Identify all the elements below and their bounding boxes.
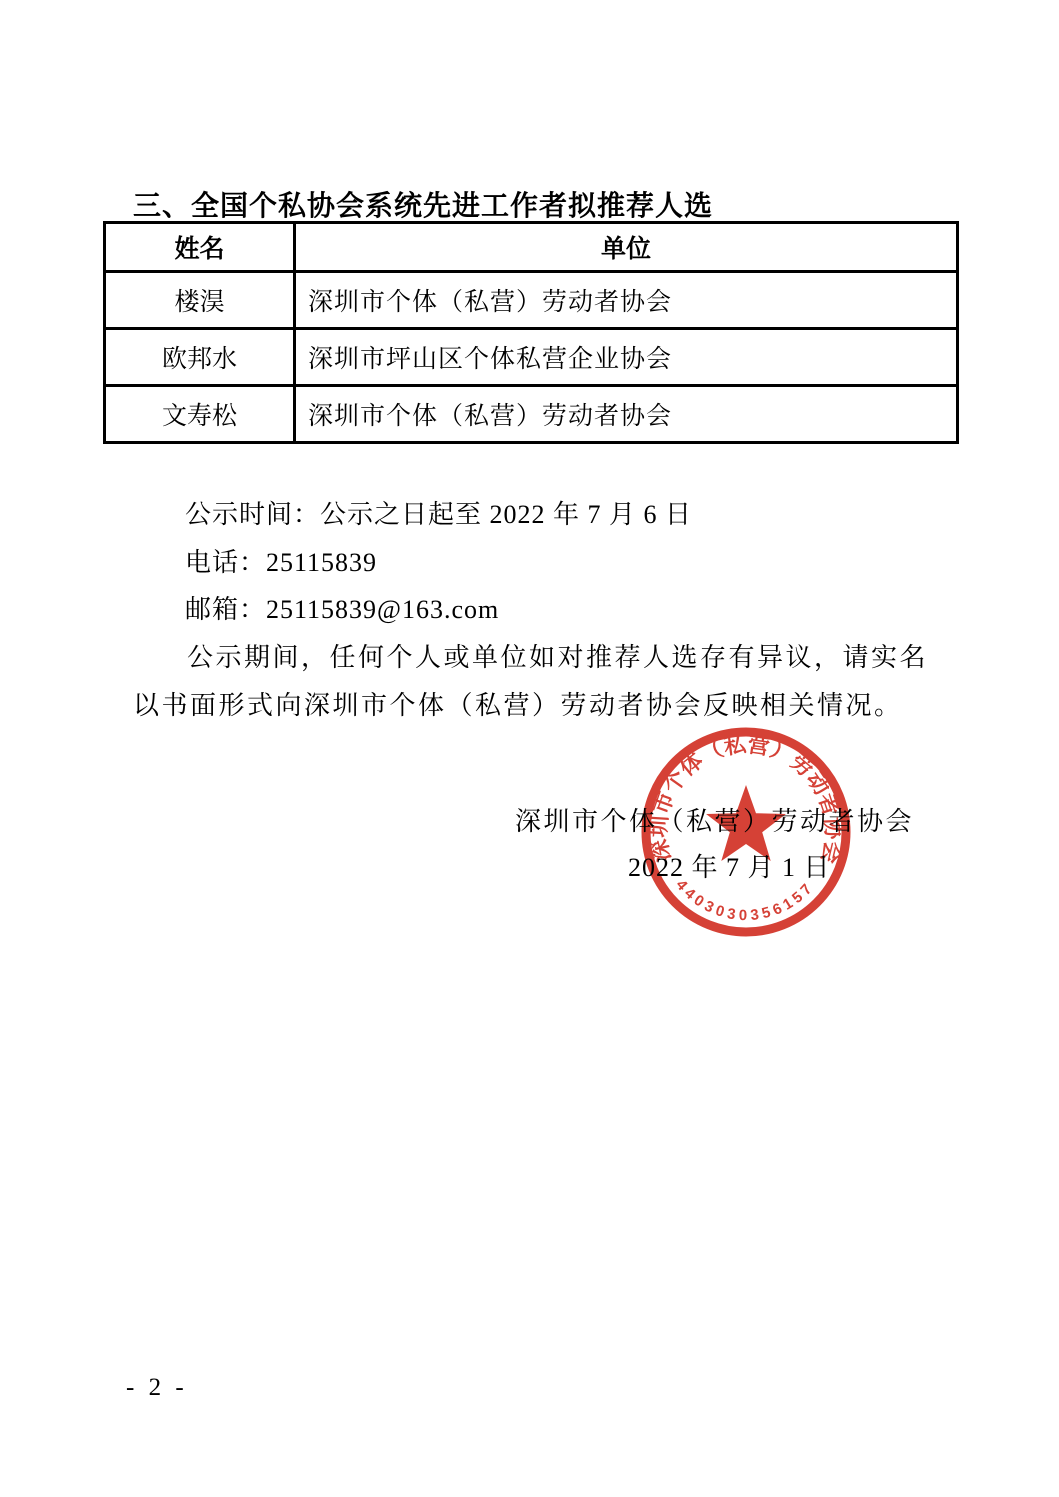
name-cell: 文寿松	[105, 386, 295, 443]
contact-info-block: 公示时间：公示之日起至 2022 年 7 月 6 日 电话：25115839 邮…	[185, 491, 692, 634]
phone-line: 电话：25115839	[185, 539, 692, 587]
name-cell: 欧邦水	[105, 329, 295, 386]
page-number: - 2 -	[126, 1374, 188, 1402]
email-line: 邮箱：25115839@163.com	[185, 586, 692, 634]
notice-paragraph-line-1: 公示期间，任何个人或单位如对推荐人选存有异议，请实名	[133, 634, 928, 682]
official-seal: 深圳市个体（私营）劳动者协会 4403030356157	[634, 720, 858, 944]
publicity-time-line: 公示时间：公示之日起至 2022 年 7 月 6 日	[185, 491, 692, 539]
section-heading: 三、全国个私协会系统先进工作者拟推荐人选	[133, 184, 713, 224]
unit-cell: 深圳市个体（私营）劳动者协会	[295, 386, 958, 443]
notice-paragraph: 公示期间，任何个人或单位如对推荐人选存有异议，请实名 以书面形式向深圳市个体（私…	[133, 634, 928, 730]
roster-table: 姓名 单位 楼淏 深圳市个体（私营）劳动者协会 欧邦水 深圳市坪山区个体私营企业…	[103, 221, 959, 444]
table-header-unit: 单位	[295, 223, 958, 272]
unit-cell: 深圳市坪山区个体私营企业协会	[295, 329, 958, 386]
table-header-row: 姓名 单位	[105, 223, 958, 272]
table-row: 欧邦水 深圳市坪山区个体私营企业协会	[105, 329, 958, 386]
table-row: 楼淏 深圳市个体（私营）劳动者协会	[105, 272, 958, 329]
name-cell: 楼淏	[105, 272, 295, 329]
unit-cell: 深圳市个体（私营）劳动者协会	[295, 272, 958, 329]
table-row: 文寿松 深圳市个体（私营）劳动者协会	[105, 386, 958, 443]
document-page: 三、全国个私协会系统先进工作者拟推荐人选 姓名 单位 楼淏 深圳市个体（私营）劳…	[0, 0, 1059, 1497]
table-header-name: 姓名	[105, 223, 295, 272]
star-icon	[706, 785, 786, 861]
